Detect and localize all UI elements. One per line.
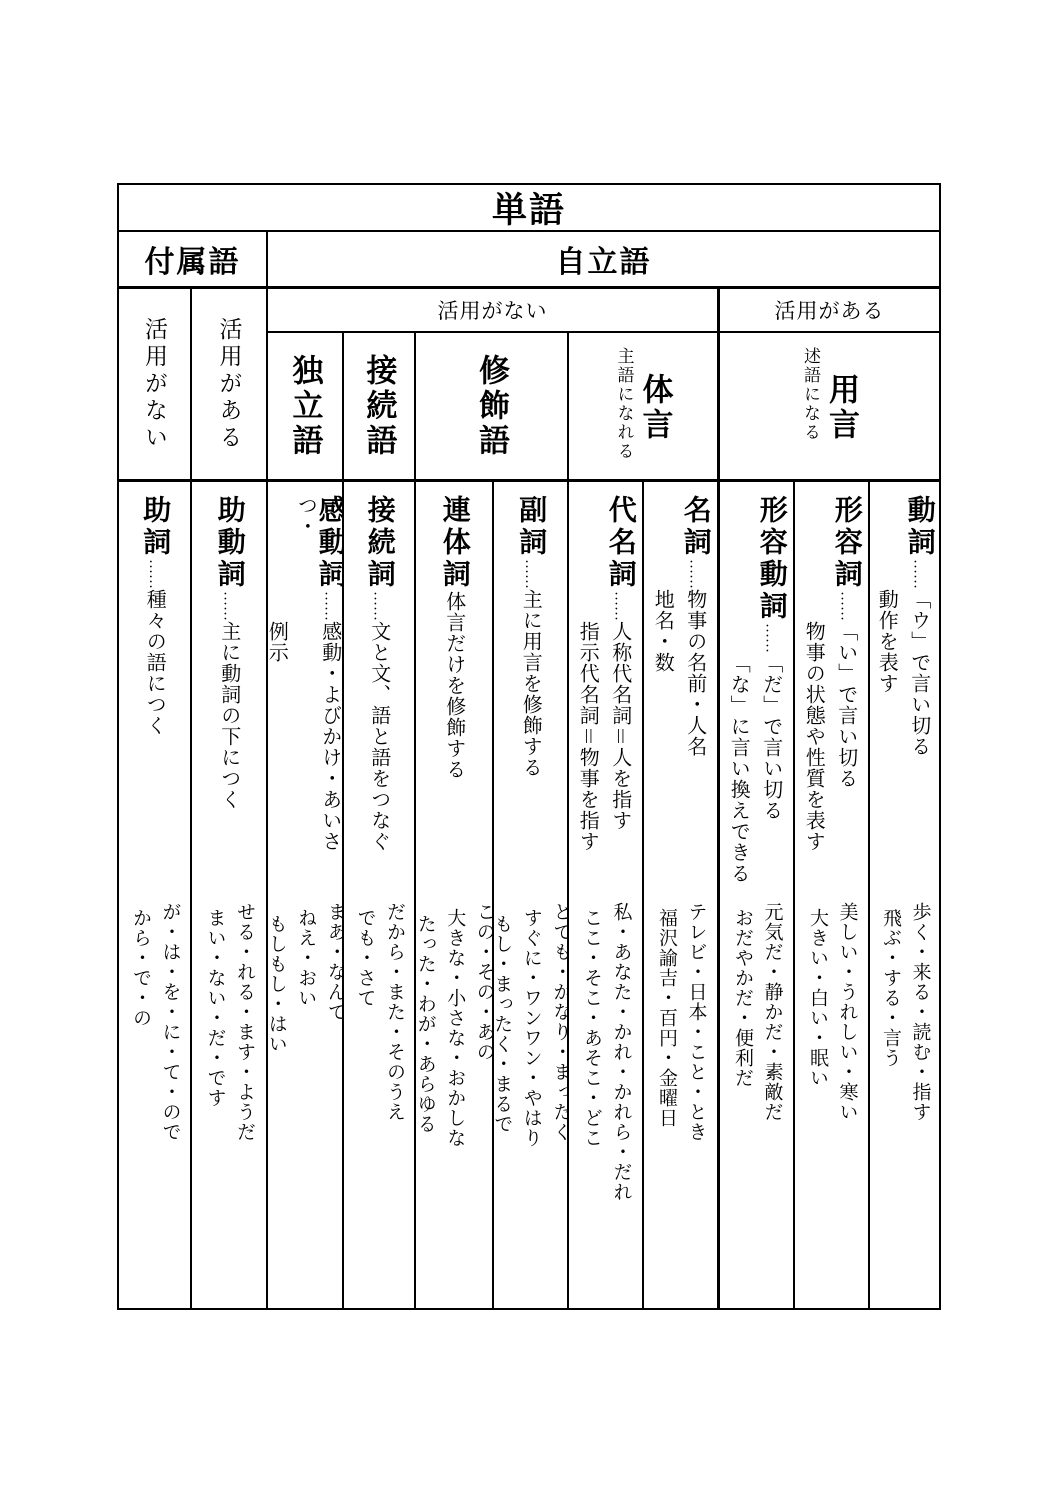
- attached-has-conjugation-cell: 活用がある: [192, 289, 266, 479]
- pos-description: 主に動詞の下につく: [218, 621, 240, 810]
- pos-examples: 歩く・来る・読む・指す: [909, 902, 930, 1122]
- pos-examples: まあ・なんて: [324, 902, 342, 1054]
- pos-column-kandoshi: 感動詞……感動・よびかけ・あいさつ・ 例示 まあ・なんて ねえ・おい もしもし・…: [268, 482, 342, 1308]
- yogen-cell: 用言 述語になる: [720, 333, 939, 479]
- yogen-note: 述語になる: [802, 347, 819, 442]
- pos-dots: ……: [522, 559, 538, 589]
- pos-examples: ここ・そこ・あそこ・どこ: [580, 908, 601, 1202]
- pos-description-2: 動作を表す: [875, 589, 896, 892]
- pos-examples: でも・さて: [354, 908, 375, 1122]
- pos-description: 「ウ」で言い切る: [908, 589, 930, 757]
- fuzokugo-label: 付属語: [145, 237, 241, 281]
- pos-dots: ……: [612, 591, 628, 621]
- pos-examples: 元気だ・静かだ・素敵だ: [761, 902, 782, 1122]
- pos-name: 感動詞: [315, 495, 342, 591]
- attached-has-conjugation-label: 活用がある: [218, 317, 241, 452]
- pos-description-2: 例示: [268, 621, 286, 892]
- pos-examples: もしもし・はい: [268, 914, 286, 1054]
- pos-column-daimeishi: 代名詞……人称代名詞＝人を指す 指示代名詞＝物事を指す 私・あなた・かれ・かれら…: [569, 482, 642, 1308]
- pos-dots: ……: [146, 559, 162, 589]
- pos-examples: テレビ・日本・こと・とき: [685, 902, 706, 1142]
- pos-description: 人称代名詞＝人を指す: [609, 621, 631, 831]
- pos-examples: から・で・の: [129, 908, 150, 1142]
- independent-no-conjugation-cell: 活用がない: [268, 289, 717, 331]
- independent-no-conjugation-label: 活用がない: [438, 295, 548, 325]
- pos-dots: ……: [221, 591, 237, 621]
- pos-dots: ……: [838, 591, 854, 621]
- table-title: 単語: [492, 185, 566, 230]
- pos-examples: 福沢諭吉・百円・金曜日: [655, 908, 676, 1142]
- pos-examples: まい・ない・だ・です: [204, 908, 225, 1142]
- pos-column-meishi: 名詞……物事の名前・人名 地名・数 テレビ・日本・こと・とき 福沢諭吉・百円・金…: [644, 482, 717, 1308]
- pos-column-fukushi: 副詞……主に用言を修飾する とても・かなり・まったく すぐに・ワンワン・やはり …: [494, 482, 567, 1308]
- pos-examples: おだやかだ・便利だ: [731, 908, 752, 1122]
- pos-description: 体言だけを修飾する: [443, 591, 465, 780]
- pos-examples: 大きな・小さな・おかしな: [444, 908, 465, 1148]
- independent-has-conjugation-label: 活用がある: [775, 295, 885, 325]
- pos-name: 副詞: [515, 495, 546, 559]
- word-classification-table: 単語 付属語 自立語 活用がない 活用がある 活用がない 活用がある 独立語 接…: [117, 183, 941, 1310]
- pos-dots: ……: [371, 591, 387, 621]
- pos-examples: たった・わが・あらゆる: [416, 914, 435, 1148]
- dokuritsugo-label: 独立語: [290, 354, 321, 459]
- setsuzokugo-cell: 接続語: [344, 333, 414, 479]
- dokuritsugo-cell: 独立語: [268, 333, 342, 479]
- independent-has-conjugation-cell: 活用がある: [720, 289, 939, 331]
- jiritsugo-cell: 自立語: [268, 232, 939, 286]
- pos-column-keiyodoshi: 形容動詞……「だ」で言い切る 「な」に言い換えできる 元気だ・静かだ・素敵だ お…: [720, 482, 793, 1308]
- pos-examples: 美しい・うれしい・寒い: [836, 902, 857, 1122]
- pos-examples: が・は・を・に・て・ので: [159, 902, 180, 1142]
- pos-examples: だから・また・そのうえ: [384, 902, 405, 1122]
- pos-column-rentaishi: 連体詞体言だけを修飾する この・その・あの 大きな・小さな・おかしな たった・わ…: [416, 482, 492, 1308]
- pos-name: 形容詞: [831, 495, 862, 591]
- shushokugo-label: 修飾語: [476, 354, 507, 459]
- taigen-label: 体言: [640, 373, 671, 443]
- pos-name: 名詞: [680, 495, 711, 559]
- pos-examples: ねえ・おい: [295, 908, 316, 1054]
- pos-examples: この・その・あの: [473, 902, 492, 1148]
- taigen-note: 主語になれる: [616, 347, 633, 461]
- pos-name: 連体詞: [439, 495, 470, 591]
- fuzokugo-cell: 付属語: [119, 232, 266, 286]
- pos-description: 物事の名前・人名: [684, 589, 706, 757]
- pos-examples: 大きい・白い・眠い: [806, 908, 827, 1122]
- pos-examples: すぐに・ワンワン・やはり: [520, 908, 541, 1148]
- attached-no-conjugation-label: 活用がない: [143, 317, 166, 452]
- pos-name: 助動詞: [214, 495, 245, 591]
- yogen-label: 用言: [826, 373, 857, 443]
- pos-description: 「い」で言い切る: [835, 621, 857, 789]
- pos-dots: ……: [763, 623, 779, 653]
- pos-name: 形容動詞: [756, 495, 787, 623]
- pos-description-2: 地名・数: [651, 589, 672, 892]
- pos-description: 文と文、語と語をつなぐ: [368, 621, 390, 852]
- pos-dots: ……: [911, 559, 927, 589]
- pos-name: 動詞: [904, 495, 935, 559]
- shushokugo-cell: 修飾語: [416, 333, 567, 479]
- pos-column-doshi: 動詞……「ウ」で言い切る 動作を表す 歩く・来る・読む・指す 飛ぶ・する・言う: [870, 482, 939, 1308]
- setsuzokugo-label: 接続語: [364, 354, 395, 459]
- pos-description: 主に用言を修飾する: [519, 589, 541, 778]
- pos-examples: 飛ぶ・する・言う: [879, 908, 900, 1122]
- pos-name: 助詞: [139, 495, 170, 559]
- pos-description-2: 物事の状態や性質を表す: [802, 621, 823, 892]
- pos-description: 種々の語につく: [143, 589, 165, 736]
- pos-column-jodoshi: 助動詞……主に動詞の下につく せる・れる・ます・ようだ まい・ない・だ・です: [192, 482, 266, 1308]
- pos-column-joshi: 助詞……種々の語につく が・は・を・に・て・ので から・で・の: [119, 482, 190, 1308]
- table-title-cell: 単語: [119, 185, 939, 230]
- pos-dots: ……: [687, 559, 703, 589]
- pos-name: 代名詞: [605, 495, 636, 591]
- pos-examples: とても・かなり・まったく: [550, 902, 567, 1148]
- page: 単語 付属語 自立語 活用がない 活用がある 活用がない 活用がある 独立語 接…: [0, 0, 1058, 1497]
- pos-name: 接続詞: [364, 495, 395, 591]
- pos-dots: ……: [322, 591, 338, 621]
- taigen-cell: 体言 主語になれる: [569, 333, 717, 479]
- pos-examples: もし・まったく・まるで: [494, 914, 511, 1148]
- pos-description: 「だ」で言い切る: [760, 653, 782, 821]
- jiritsugo-label: 自立語: [556, 237, 652, 281]
- pos-description-2: 「な」に言い換えできる: [727, 653, 748, 892]
- pos-column-keiyoshi: 形容詞……「い」で言い切る 物事の状態や性質を表す 美しい・うれしい・寒い 大き…: [795, 482, 868, 1308]
- pos-description-2: 指示代名詞＝物事を指す: [576, 621, 597, 892]
- pos-examples: せる・れる・ます・ようだ: [234, 902, 255, 1142]
- pos-examples: 私・あなた・かれ・かれら・だれ: [610, 902, 631, 1202]
- attached-no-conjugation-cell: 活用がない: [119, 289, 190, 479]
- pos-column-setsuzokushi: 接続詞……文と文、語と語をつなぐ だから・また・そのうえ でも・さて: [344, 482, 414, 1308]
